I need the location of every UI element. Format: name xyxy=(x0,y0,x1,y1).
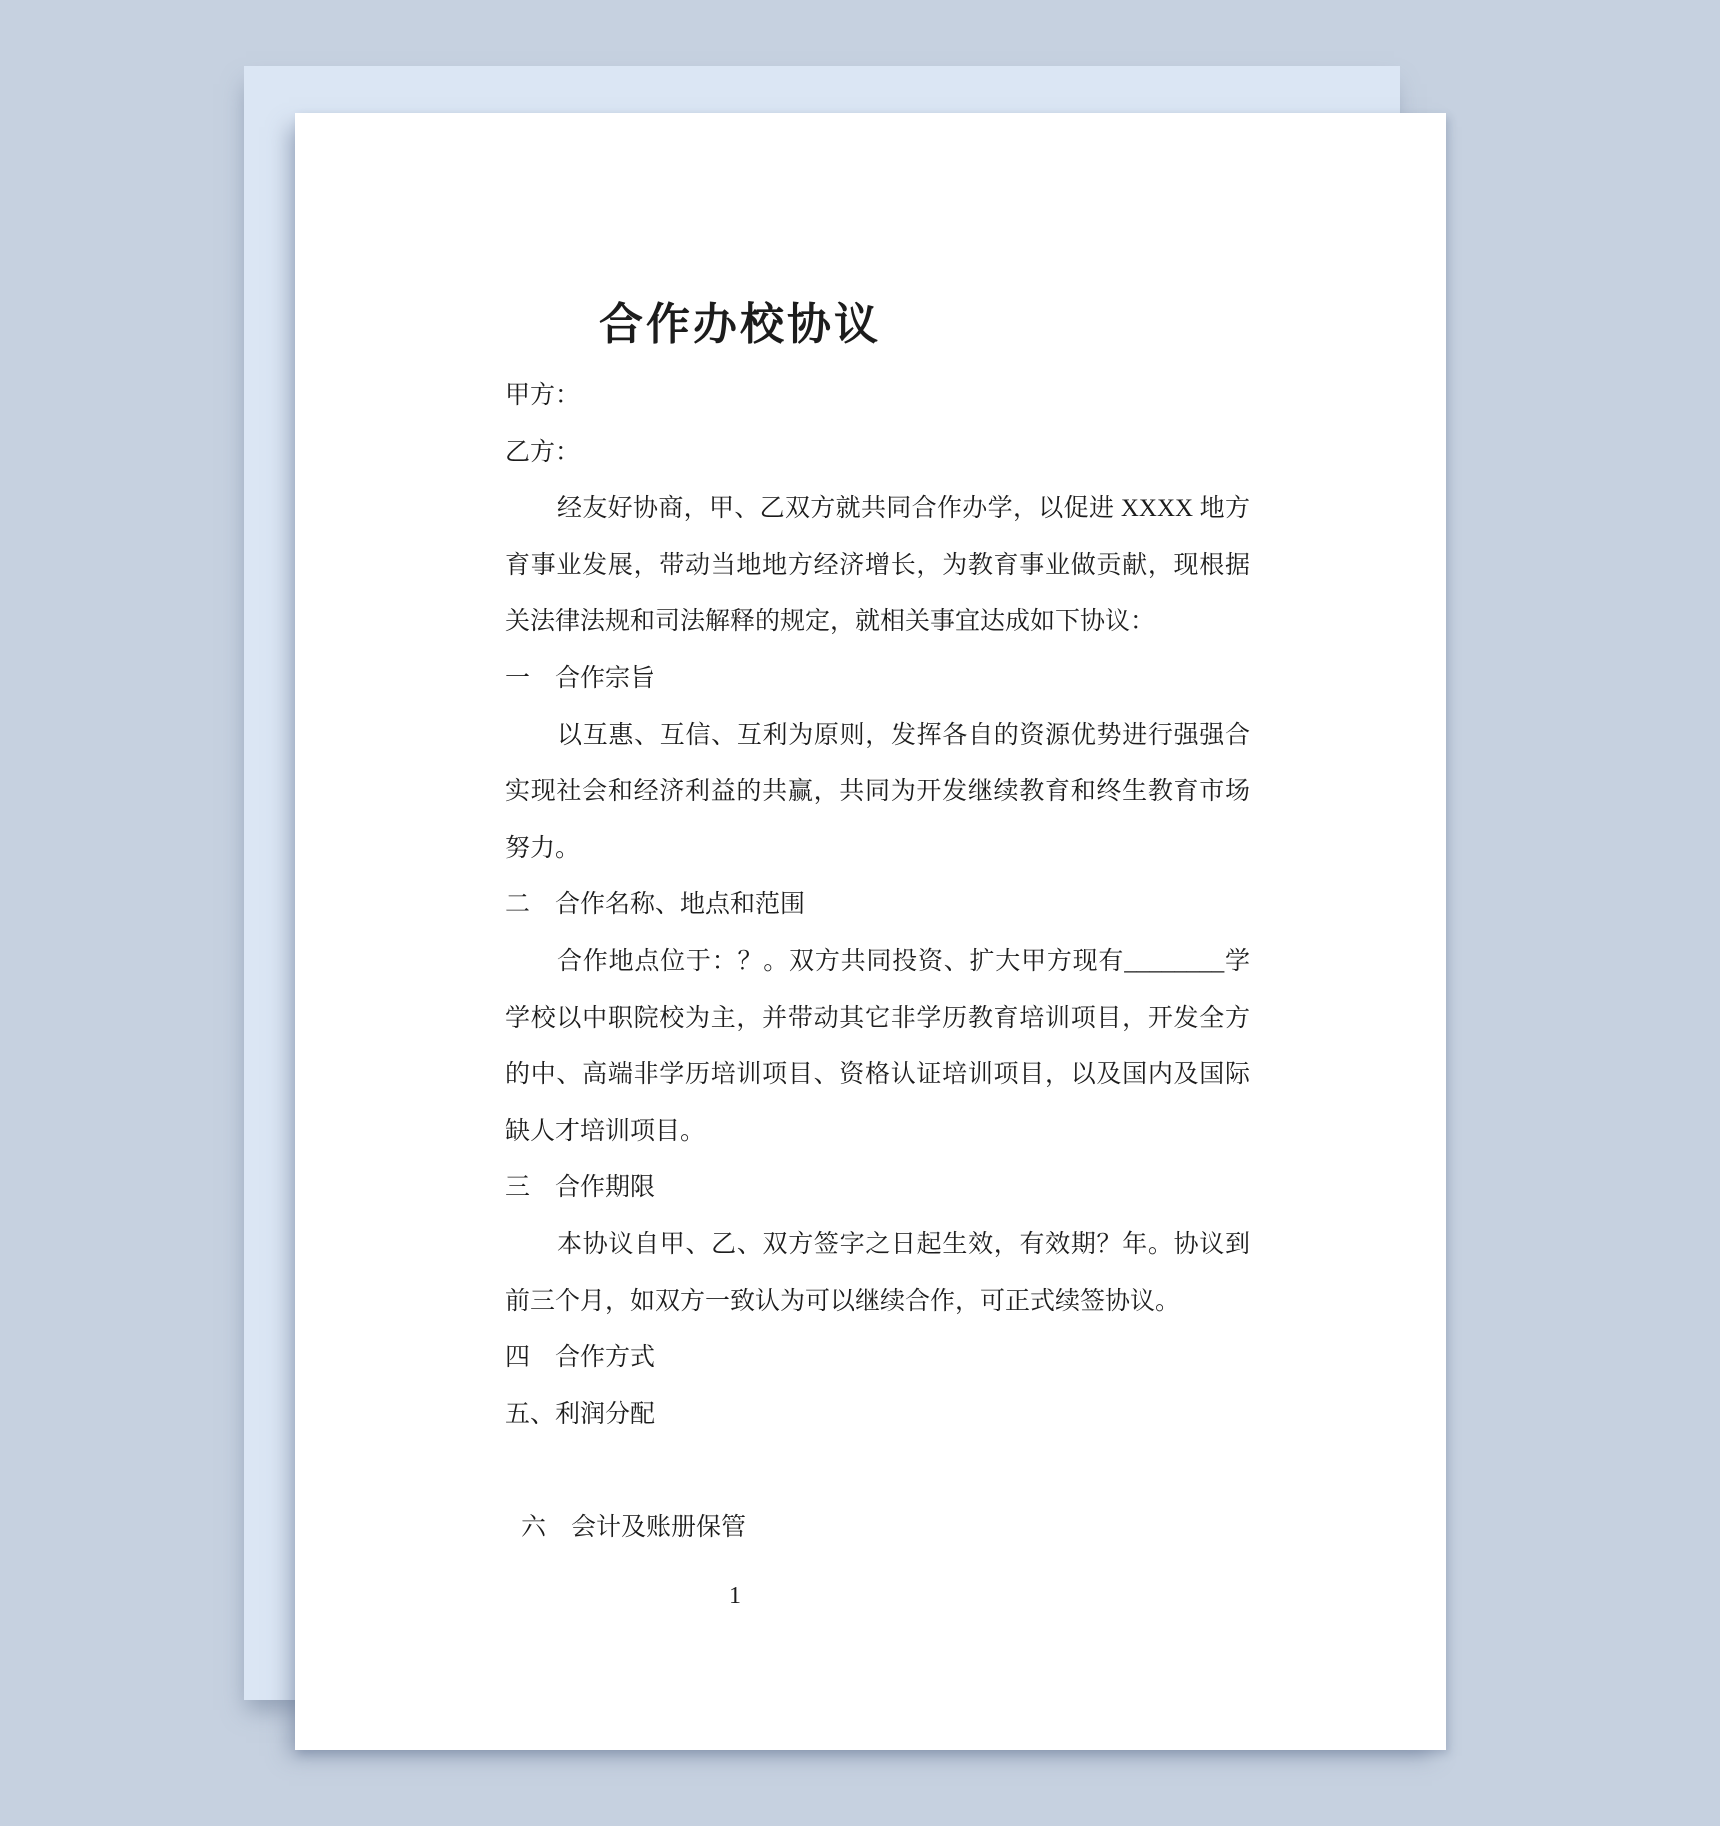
section-heading-5: 五、利润分配 xyxy=(505,1387,1250,1444)
document-body: 甲方： 乙方： 经友好协商，甲、乙双方就共同合作办学，以促进 XXXX 地方教 … xyxy=(505,368,1250,1556)
document-line: 以互惠、互信、互利为原则，发挥各自的资源优势进行强强合作， xyxy=(505,708,1250,765)
document-line: 合作地点位于：？。双方共同投资、扩大甲方现有________学校， xyxy=(505,934,1250,991)
document-page: 合作办校协议 甲方： 乙方： 经友好协商，甲、乙双方就共同合作办学，以促进 XX… xyxy=(295,113,1446,1750)
document-line: 关法律法规和司法解释的规定，就相关事宜达成如下协议： xyxy=(505,594,1250,651)
page-number: 1 xyxy=(723,1581,747,1611)
section-heading-6: 六 会计及账册保管 xyxy=(505,1500,1250,1557)
document-line: 缺人才培训项目。 xyxy=(505,1104,1250,1161)
document-line: 努力。 xyxy=(505,821,1250,878)
line-party-a: 甲方： xyxy=(505,368,1250,425)
document-title: 合作办校协议 xyxy=(505,299,975,351)
section-heading-1: 一 合作宗旨 xyxy=(505,651,1250,708)
document-line: 实现社会和经济利益的共赢，共同为开发继续教育和终生教育市场而 xyxy=(505,764,1250,821)
section-heading-3: 三 合作期限 xyxy=(505,1160,1250,1217)
document-line: 本协议自甲、乙、双方签字之日起生效，有效期？年。协议到期 xyxy=(505,1217,1250,1274)
blank-line xyxy=(505,1443,1250,1500)
line-party-b: 乙方： xyxy=(505,425,1250,482)
document-line: 的中、高端非学历培训项目、资格认证培训项目，以及国内及国际紧 xyxy=(505,1047,1250,1104)
document-line: 前三个月，如双方一致认为可以继续合作，可正式续签协议。 xyxy=(505,1274,1250,1331)
desk-background: 合作办校协议 甲方： 乙方： 经友好协商，甲、乙双方就共同合作办学，以促进 XX… xyxy=(0,0,1720,1826)
section-heading-2: 二 合作名称、地点和范围 xyxy=(505,877,1250,934)
section-heading-4: 四 合作方式 xyxy=(505,1330,1250,1387)
document-line: 育事业发展，带动当地地方经济增长，为教育事业做贡献，现根据相 xyxy=(505,538,1250,595)
document-line: 学校以中职院校为主，并带动其它非学历教育培训项目，开发全方位 xyxy=(505,991,1250,1048)
document-line: 经友好协商，甲、乙双方就共同合作办学，以促进 XXXX 地方教 xyxy=(505,481,1250,538)
